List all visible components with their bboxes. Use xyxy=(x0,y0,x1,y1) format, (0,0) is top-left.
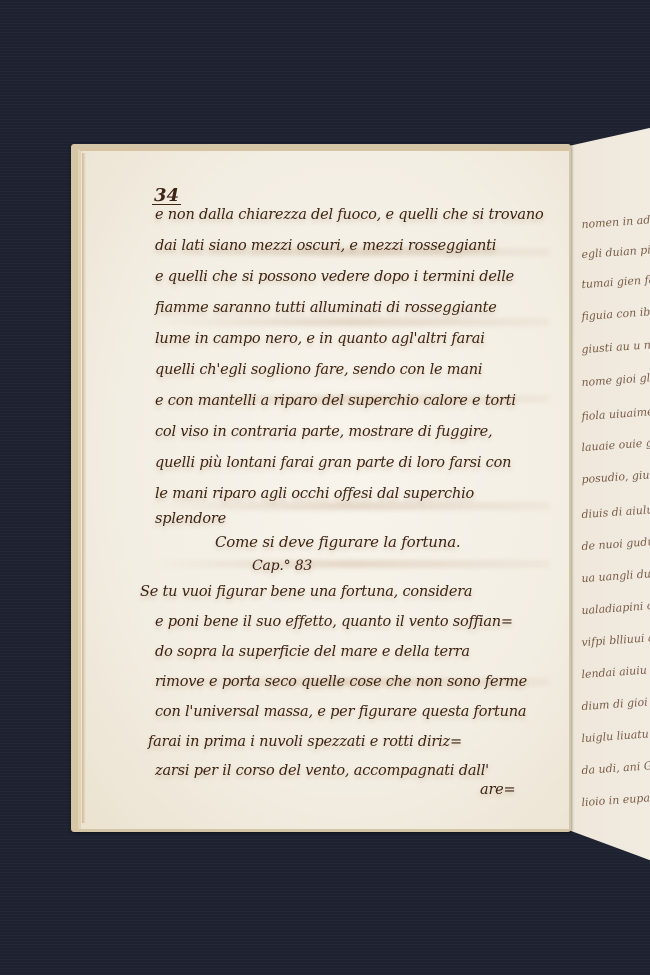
catchword: are= xyxy=(480,782,540,798)
facing-page-line: lioio in eupagnia i xyxy=(581,790,650,799)
facing-page-line: posudio, giue sina xyxy=(581,467,650,476)
facing-page-line: da udi, ani Guini xyxy=(581,758,650,767)
text-line: e poni bene il suo effetto, quanto il ve… xyxy=(155,614,545,630)
text-line: Se tu vuoi figurar bene una fortuna, con… xyxy=(140,584,530,600)
text-line: dai lati siano mezzi oscuri, e mezzi ros… xyxy=(155,238,545,254)
facing-page-line: luiglu liuatu auoni xyxy=(581,726,650,735)
text-line: col viso in contraria parte, mostrare di… xyxy=(155,424,545,440)
facing-page-line: ualadiapini ouugin xyxy=(581,598,650,607)
facing-page-line: lendai aiuiu dlla xyxy=(581,662,650,671)
facing-page-line: lauaie ouie glima xyxy=(581,435,650,444)
chapter-label: Cap.° 83 xyxy=(252,558,642,574)
facing-page-line: egli duian piena ogui xyxy=(581,242,650,251)
text-line: fiamme saranno tutti alluminati di rosse… xyxy=(155,300,545,316)
text-line: e non dalla chiarezza del fuoco, e quell… xyxy=(155,207,545,223)
text-line: lume in campo nero, e in quanto agl'altr… xyxy=(155,331,545,347)
text-line: zarsi per il corso del vento, accompagna… xyxy=(155,763,545,779)
facing-page-line: dium di gioi muuli xyxy=(581,694,650,703)
text-line: e con mantelli a riparo del superchio ca… xyxy=(155,393,545,409)
text-line: quelli più lontani farai gran parte di l… xyxy=(155,455,545,471)
facing-page-line: giusti au u nauia uadi xyxy=(581,337,650,346)
facing-page-line: tumai gien falia dai xyxy=(581,272,650,281)
facing-page: nomen in adenui disaaiu egli duian piena… xyxy=(563,125,650,865)
text-line: rimove e porta seco quelle cose che non … xyxy=(155,674,545,690)
text-line: e quelli che si possono vedere dopo i te… xyxy=(155,269,545,285)
facing-page-line: fiola uiuaime ugli xyxy=(581,404,650,413)
facing-page-line: nomen in adenui disaaiu xyxy=(581,212,650,221)
text-line: do sopra la superficie del mare e della … xyxy=(155,644,545,660)
text-line: quelli ch'egli sogliono fare, sendo con … xyxy=(155,362,545,378)
ink-bleed xyxy=(150,318,550,326)
ink-bleed xyxy=(150,502,550,510)
page-edge xyxy=(82,153,86,823)
facing-page-line: vifpi blliuui auilu xyxy=(581,630,650,639)
page-number: 34 xyxy=(152,188,181,205)
text-line: le mani riparo agli occhi offesi dal sup… xyxy=(155,486,545,502)
section-heading: Come si deve figurare la fortuna. xyxy=(215,533,605,551)
text-line: con l'universal massa, e per figurare qu… xyxy=(155,704,545,720)
facing-page-line: figuia con ibudiun gi xyxy=(581,304,650,313)
text-line: splendore xyxy=(155,511,545,527)
facing-page-line: diuis di aiuluimdi xyxy=(581,502,650,511)
facing-page-line: nome gioi glui uidi xyxy=(581,370,650,379)
text-line: farai in prima i nuvoli spezzati e rotti… xyxy=(148,734,538,750)
